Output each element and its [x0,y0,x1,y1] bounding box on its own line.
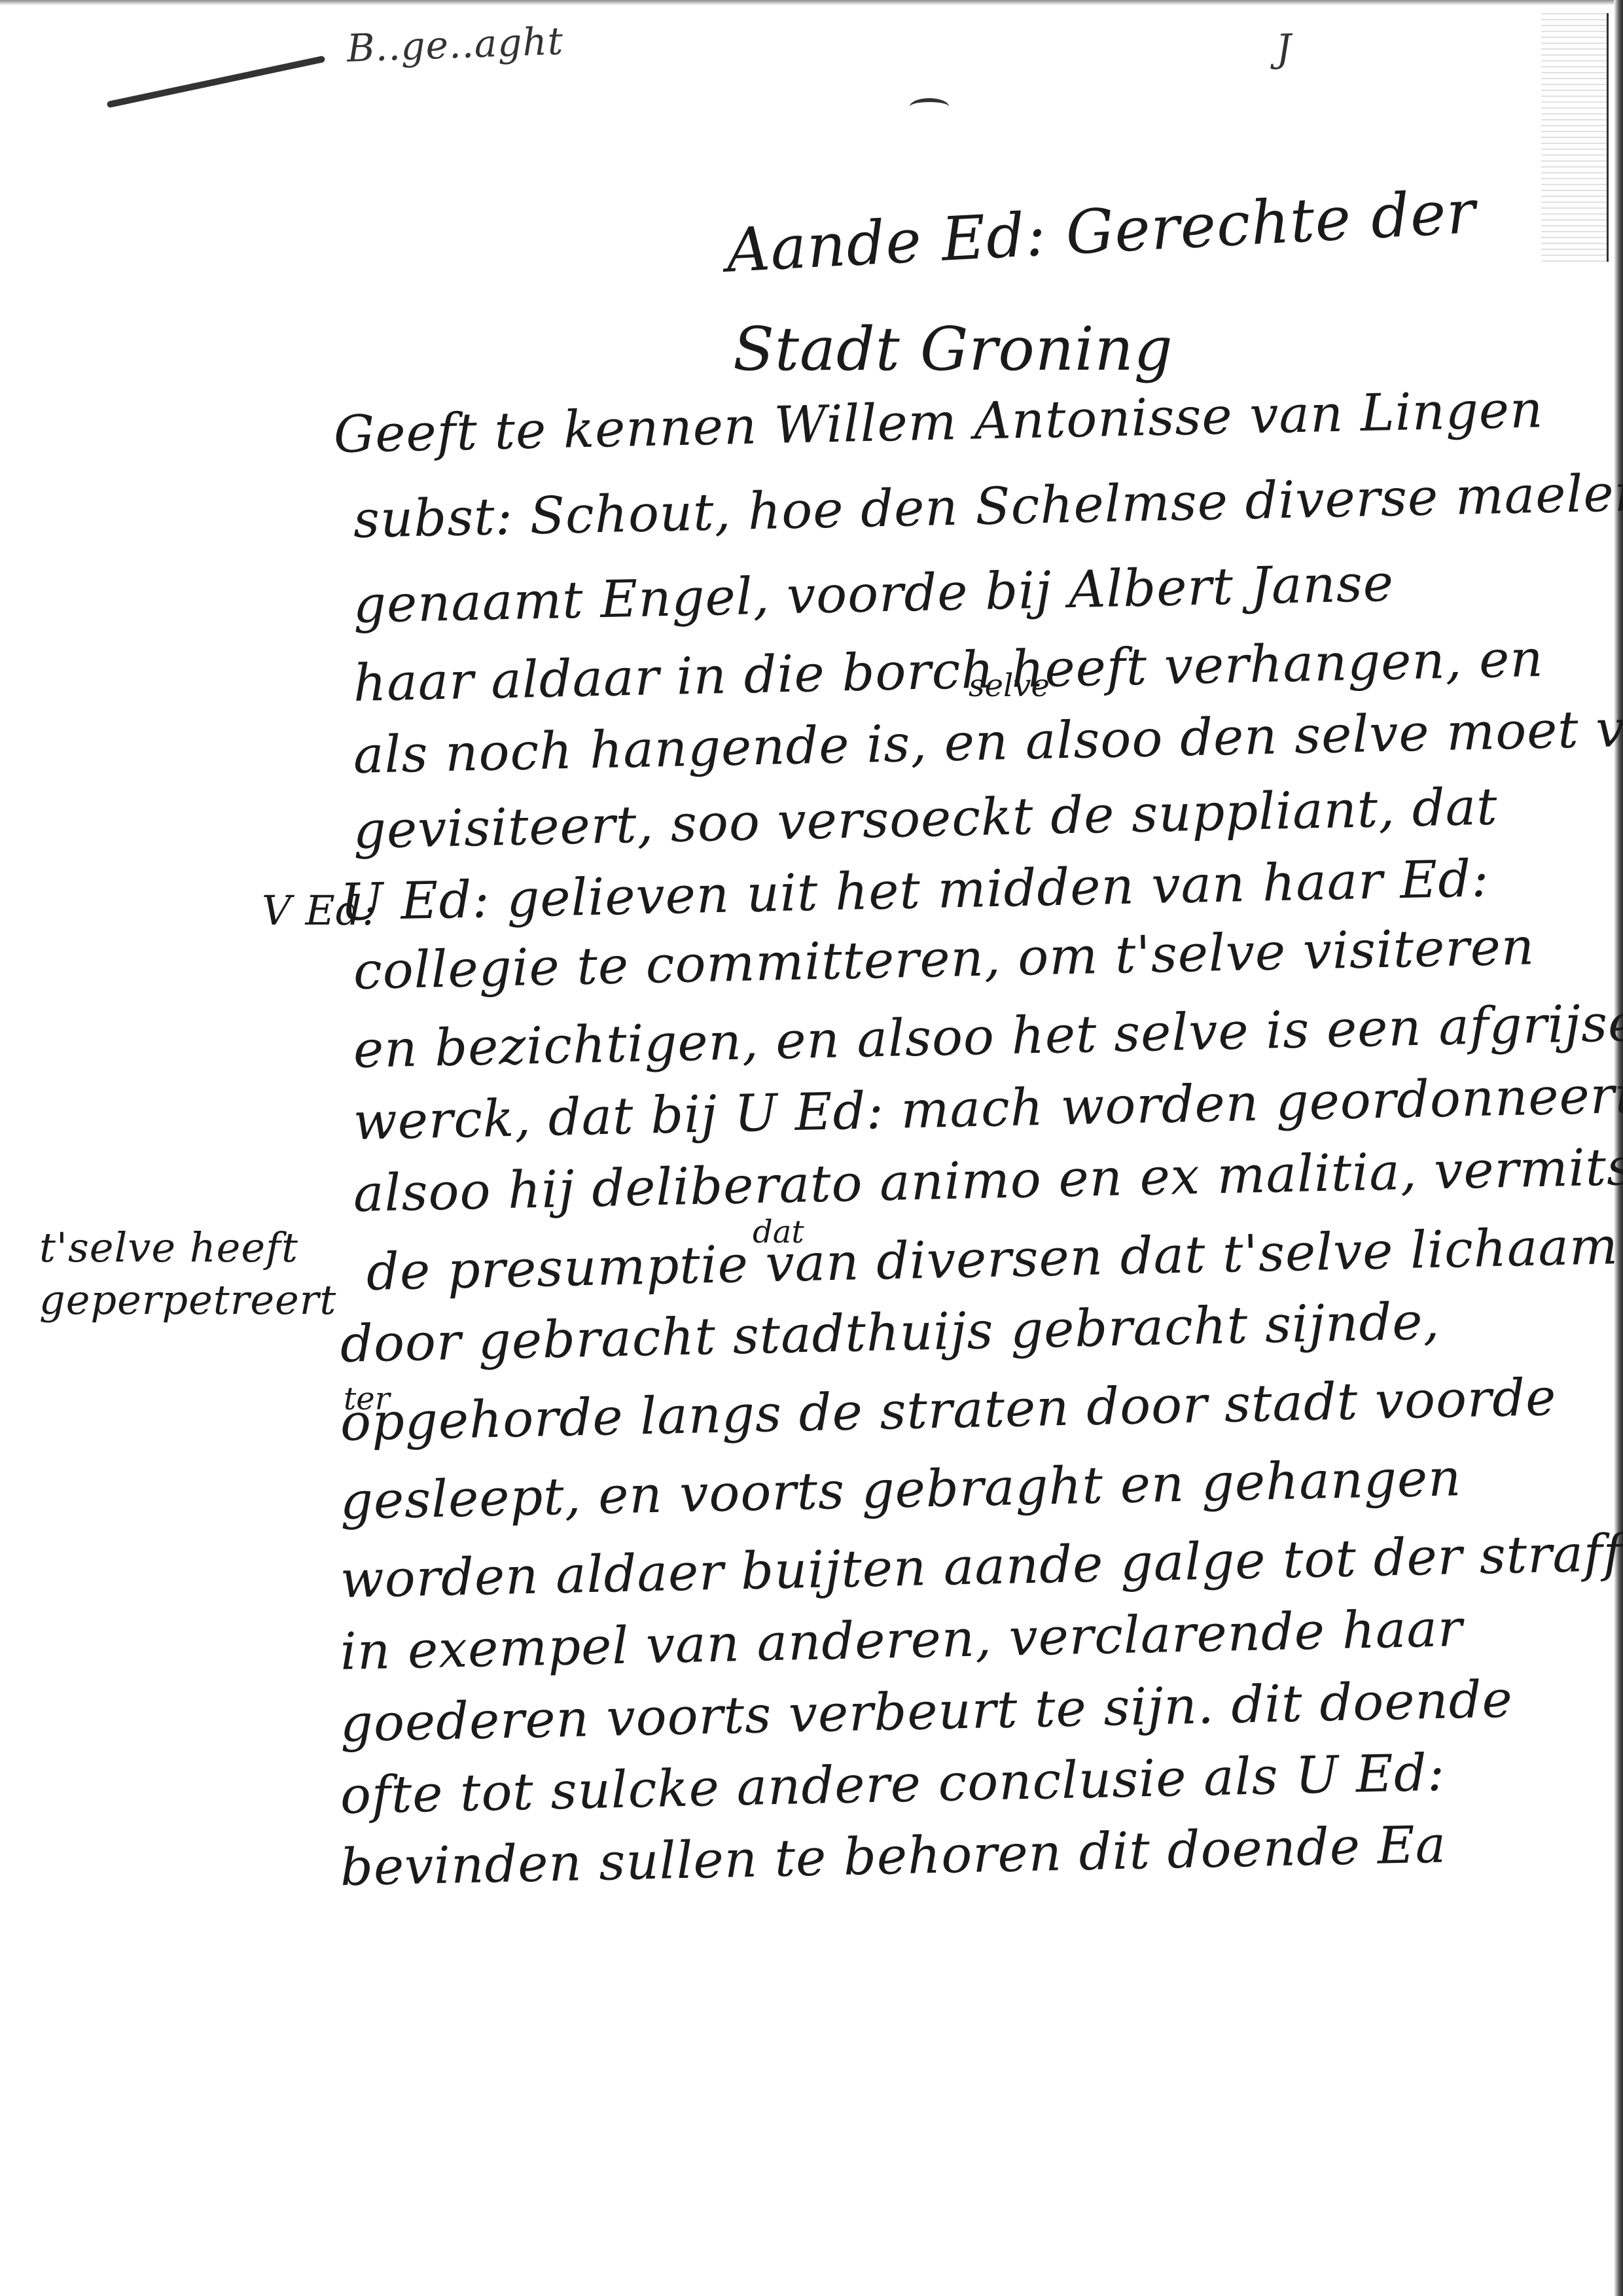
manuscript-page: B..ge..aght J Aande Ed: Gerechte der Sta… [0,0,1623,2296]
margin-note-geperpetreert: geperpetreert [39,1276,336,1324]
body-line-20: bevinden sullen te behoren dit doende Ea [340,1816,1447,1898]
body-line-13: door gebracht stadthuijs gebracht sijnde… [340,1292,1440,1374]
body-line-14: opgehorde langs de straten door stadt vo… [340,1368,1557,1453]
body-line-11: alsoo hij deliberato animo en ex malitia… [353,1138,1623,1224]
body-line-9: en bezichtigen, en alsoo het selve is ee… [353,991,1623,1080]
body-line-1: Geeft te kennen Willem Antonisse van Lin… [333,380,1544,465]
body-line-3: genaamt Engel, voorde bij Albert Janse [353,554,1395,635]
ink-arc [910,98,949,115]
header-scrawl-left: B..ge..aght [346,18,564,71]
header-scrawl-right: J [1275,26,1293,71]
insertion-selve: selve [969,667,1050,704]
ink-smudge [107,56,326,108]
body-line-2: subst: Schout, hoe den Schelmse diverse … [353,464,1623,550]
body-line-18: goederen voorts verbeurt te sijn. dit do… [340,1670,1513,1754]
body-line-16: worden aldaer buijten aande galge tot de… [340,1523,1623,1610]
title-line-1: Aande Ed: Gerechte der [724,177,1478,286]
body-line-6: gevisiteert, soo versoeckt de suppliant,… [353,777,1498,860]
body-line-4: haar aldaar in die borch heeft verhangen… [353,629,1544,713]
body-line-12: de presumptie van diversen dat t'selve l… [366,1217,1619,1302]
body-line-19: ofte tot sulcke andere conclusie als U E… [340,1744,1446,1826]
body-line-10: werck, dat bij U Ed: mach worden geordon… [353,1065,1623,1152]
scan-edge-top [0,0,1623,5]
body-line-8: collegie te committeren, om t'selve visi… [353,917,1535,1001]
body-line-7: U Ed: gelieven uit het midden van haar E… [340,849,1489,932]
title-line-2: Stadt Groning [733,314,1173,384]
margin-note-selve-heeft: t'selve heeft [39,1224,298,1271]
scan-speckle-corner [1541,13,1609,262]
body-line-15: gesleept, en voorts gebraght en gehangen [340,1449,1462,1531]
body-line-17: in exempel van anderen, verclarende haar [340,1599,1463,1682]
